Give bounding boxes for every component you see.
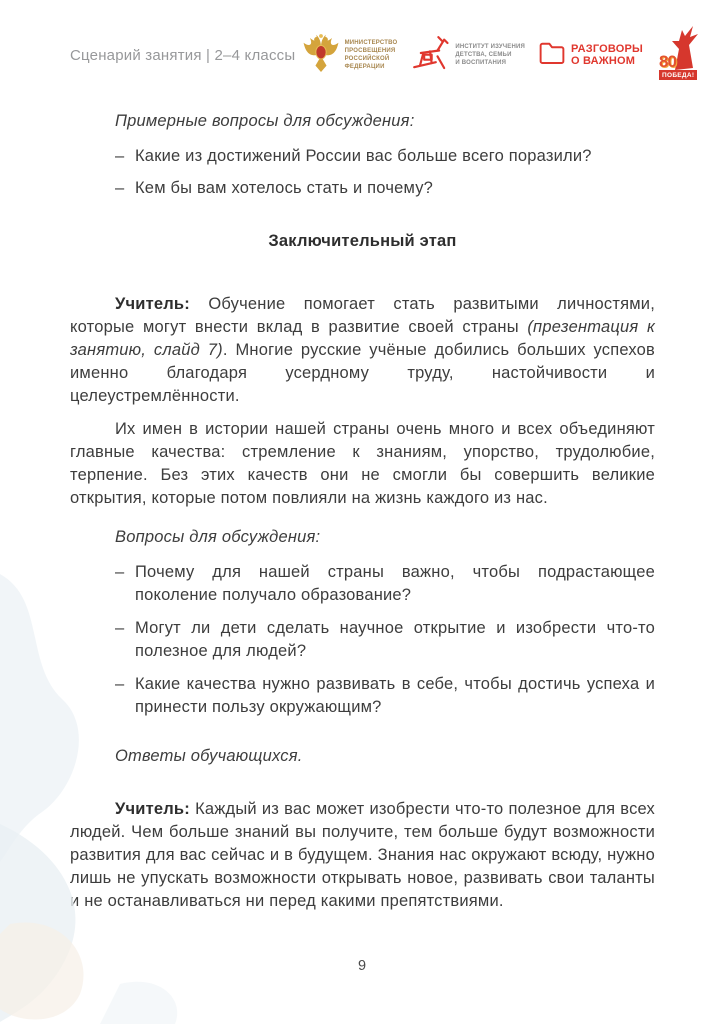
list-item-text: Какие качества нужно развивать в себе, ч… xyxy=(135,673,655,719)
institute-text-line: И ВОСПИТАНИЯ xyxy=(455,59,525,67)
teacher-label: Учитель: xyxy=(115,295,190,313)
teacher-label: Учитель: xyxy=(115,800,190,818)
students-answers-note: Ответы обучающихся. xyxy=(70,745,655,768)
coat-of-arms-eagle-icon xyxy=(302,32,340,79)
bullet-dash: – xyxy=(115,617,135,663)
list-item: – Кем бы вам хотелось стать и почему? xyxy=(70,177,655,200)
discussion-questions-heading: Вопросы для обсуждения: xyxy=(70,526,655,549)
list-item-text: Кем бы вам хотелось стать и почему? xyxy=(135,177,655,200)
ministry-text-line: МИНИСТЕРСТВО xyxy=(345,39,398,47)
institute-logo-text: ИНСТИТУТ ИЗУЧЕНИЯ ДЕТСТВА, СЕМЬИ И ВОСПИ… xyxy=(455,43,525,67)
document-body: Примерные вопросы для обсуждения: – Каки… xyxy=(0,110,724,913)
victory-banner-label: ПОБЕДА! xyxy=(659,70,697,80)
ministry-text-line: РОССИЙСКОЙ xyxy=(345,55,398,63)
ministry-logo: МИНИСТЕРСТВО ПРОСВЕЩЕНИЯ РОССИЙСКОЙ ФЕДЕ… xyxy=(302,32,398,79)
list-item: – Почему для нашей страны важно, чтобы п… xyxy=(70,561,655,607)
razgovory-logo: РАЗГОВОРЫ О ВАЖНОМ xyxy=(538,40,643,70)
ministry-logo-text: МИНИСТЕРСТВО ПРОСВЕЩЕНИЯ РОССИЙСКОЙ ФЕДЕ… xyxy=(345,39,398,71)
list-item-text: Могут ли дети сделать научное открытие и… xyxy=(135,617,655,663)
list-item: – Какие из достижений России вас больше … xyxy=(70,145,655,168)
ministry-text-line: ПРОСВЕЩЕНИЯ xyxy=(345,47,398,55)
header-logos: МИНИСТЕРСТВО ПРОСВЕЩЕНИЯ РОССИЙСКОЙ ФЕДЕ… xyxy=(302,24,710,86)
list-item-text: Какие из достижений России вас больше вс… xyxy=(135,145,655,168)
list-item: – Какие качества нужно развивать в себе,… xyxy=(70,673,655,719)
teacher-paragraph-2: Учитель: Каждый из вас может изобрести ч… xyxy=(70,798,655,913)
page-header-title: Сценарий занятия | 2–4 классы xyxy=(70,47,295,64)
toy-horse-icon xyxy=(410,33,450,78)
page-header: Сценарий занятия | 2–4 классы xyxy=(0,0,724,84)
razgovory-logo-text: РАЗГОВОРЫ О ВАЖНОМ xyxy=(571,43,643,68)
victory-number: 80 xyxy=(659,52,676,72)
document-page: Сценарий занятия | 2–4 классы xyxy=(0,0,724,1024)
final-stage-heading: Заключительный этап xyxy=(70,230,655,253)
list-item: – Могут ли дети сделать научное открытие… xyxy=(70,617,655,663)
list-item-text: Почему для нашей страны важно, чтобы под… xyxy=(135,561,655,607)
body-paragraph-2: Их имен в истории нашей страны очень мно… xyxy=(70,418,655,510)
ministry-text-line: ФЕДЕРАЦИИ xyxy=(345,63,398,71)
bullet-dash: – xyxy=(115,145,135,168)
bullet-dash: – xyxy=(115,177,135,200)
institute-logo: ИНСТИТУТ ИЗУЧЕНИЯ ДЕТСТВА, СЕМЬИ И ВОСПИ… xyxy=(410,33,525,78)
teacher-paragraph-1: Учитель: Обучение помогает стать развиты… xyxy=(70,293,655,408)
discussion-list: – Почему для нашей страны важно, чтобы п… xyxy=(70,561,655,719)
razgovory-text-line: РАЗГОВОРЫ xyxy=(571,43,643,55)
folder-icon xyxy=(538,40,566,70)
sample-questions-heading: Примерные вопросы для обсуждения: xyxy=(70,110,655,133)
victory-80-logo: 80 ПОБЕДА! xyxy=(656,24,710,86)
razgovory-text-line: О ВАЖНОМ xyxy=(571,55,643,67)
page-number: 9 xyxy=(0,958,724,974)
bullet-dash: – xyxy=(115,561,135,607)
bullet-dash: – xyxy=(115,673,135,719)
institute-text-line: ДЕТСТВА, СЕМЬИ xyxy=(455,51,525,59)
institute-text-line: ИНСТИТУТ ИЗУЧЕНИЯ xyxy=(455,43,525,51)
